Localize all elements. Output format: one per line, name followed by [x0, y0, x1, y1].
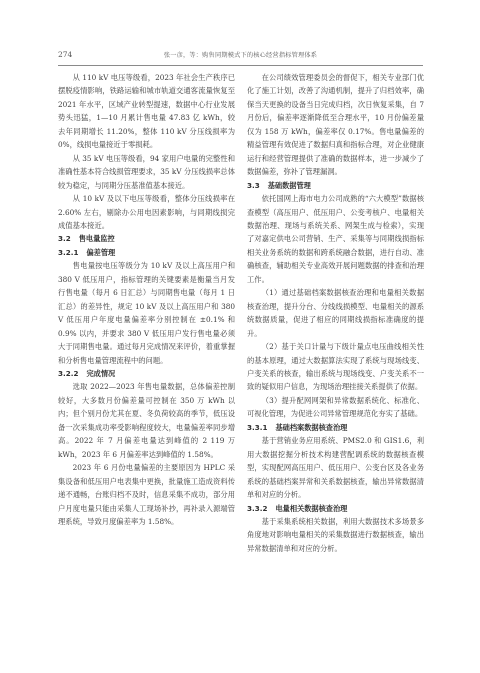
- paragraph: 基于营销业务应用系统、PMS2.0 和 GIS1.6，利用大数据挖掘分析技术构建…: [247, 434, 424, 501]
- paragraph: （3）提升配网网架和异常数据系统化、标准化、可视化管理，为促进公司异常管理规范化…: [247, 394, 424, 421]
- paragraph: 2023 年 6 月份电量偏差的主要原因为 HPLC 采集设备和低压用户电表集中…: [58, 461, 235, 528]
- running-header: 274 张一彦，等：购售同期模式下的核心经营指标管理体系: [58, 48, 423, 66]
- section-title: 偏差管理: [86, 248, 115, 257]
- paragraph: 从 110 kV 电压等级看，2023 年社会生产秩序已摆脱疫情影响，铁路运输和…: [58, 71, 235, 152]
- section-heading: 3.3.1基础档案数据核查治理: [247, 421, 424, 434]
- paragraph: 在公司绩效管理委员会的督促下，相关专业部门优化了施工计划，改善了沟通机制，提升了…: [247, 71, 424, 179]
- paragraph: 售电量按电压等级分为 10 kV 及以上高压用户和 380 V 低压用户，指标管…: [58, 259, 235, 367]
- running-title: 张一彦，等：购售同期模式下的核心经营指标管理体系: [58, 50, 423, 59]
- section-number: 3.2: [58, 232, 71, 245]
- paragraph: （1）通过基础档案数据核查治理和电量相关数据核查治理，提升分台、分线线损模型、电…: [247, 286, 424, 340]
- paragraph: 基于采集系统相关数据，利用大数据技术多场景多角度地对影响电量相关的采集数据进行数…: [247, 515, 424, 555]
- section-number: 3.2.2: [58, 367, 78, 380]
- section-title: 完成情况: [86, 369, 115, 378]
- section-heading: 3.2售电量监控: [58, 232, 235, 245]
- section-title: 基础数据管理: [268, 181, 311, 190]
- section-title: 售电量监控: [79, 234, 115, 243]
- right-column: 在公司绩效管理委员会的督促下，相关专业部门优化了施工计划，改善了沟通机制，提升了…: [247, 71, 424, 555]
- paragraph: 从 35 kV 电压等级看，94 家用户电量的完整性和准确性基本符合线损管理要求…: [58, 152, 235, 192]
- paragraph: 选取 2022—2023 年售电量数据，总体偏差控制较好，大多数月份偏差量可控制…: [58, 380, 235, 461]
- section-heading: 3.2.2完成情况: [58, 367, 235, 380]
- section-number: 3.3.1: [247, 421, 267, 434]
- section-number: 3.3.2: [247, 502, 267, 515]
- section-title: 基础档案数据核查治理: [275, 423, 347, 432]
- section-title: 电量相关数据核查治理: [275, 504, 347, 513]
- section-heading: 3.3基础数据管理: [247, 179, 424, 192]
- paragraph: （2）基于关口计量与下级计量点电压曲线相关性的基本原理，通过大数据算法实现了系统…: [247, 340, 424, 394]
- paragraph: 依托国网上海市电力公司成熟的“六大模型”数据核查模型（高压用户、低压用户、公变考…: [247, 192, 424, 286]
- left-column: 从 110 kV 电压等级看，2023 年社会生产秩序已摆脱疫情影响，铁路运输和…: [58, 71, 235, 528]
- paragraph: 从 10 kV 及以下电压等级看，整体分压线损率在 2.60% 左右，剔除办公用…: [58, 192, 235, 232]
- section-number: 3.2.1: [58, 246, 78, 259]
- section-heading: 3.3.2电量相关数据核查治理: [247, 502, 424, 515]
- section-heading: 3.2.1偏差管理: [58, 246, 235, 259]
- section-number: 3.3: [247, 179, 260, 192]
